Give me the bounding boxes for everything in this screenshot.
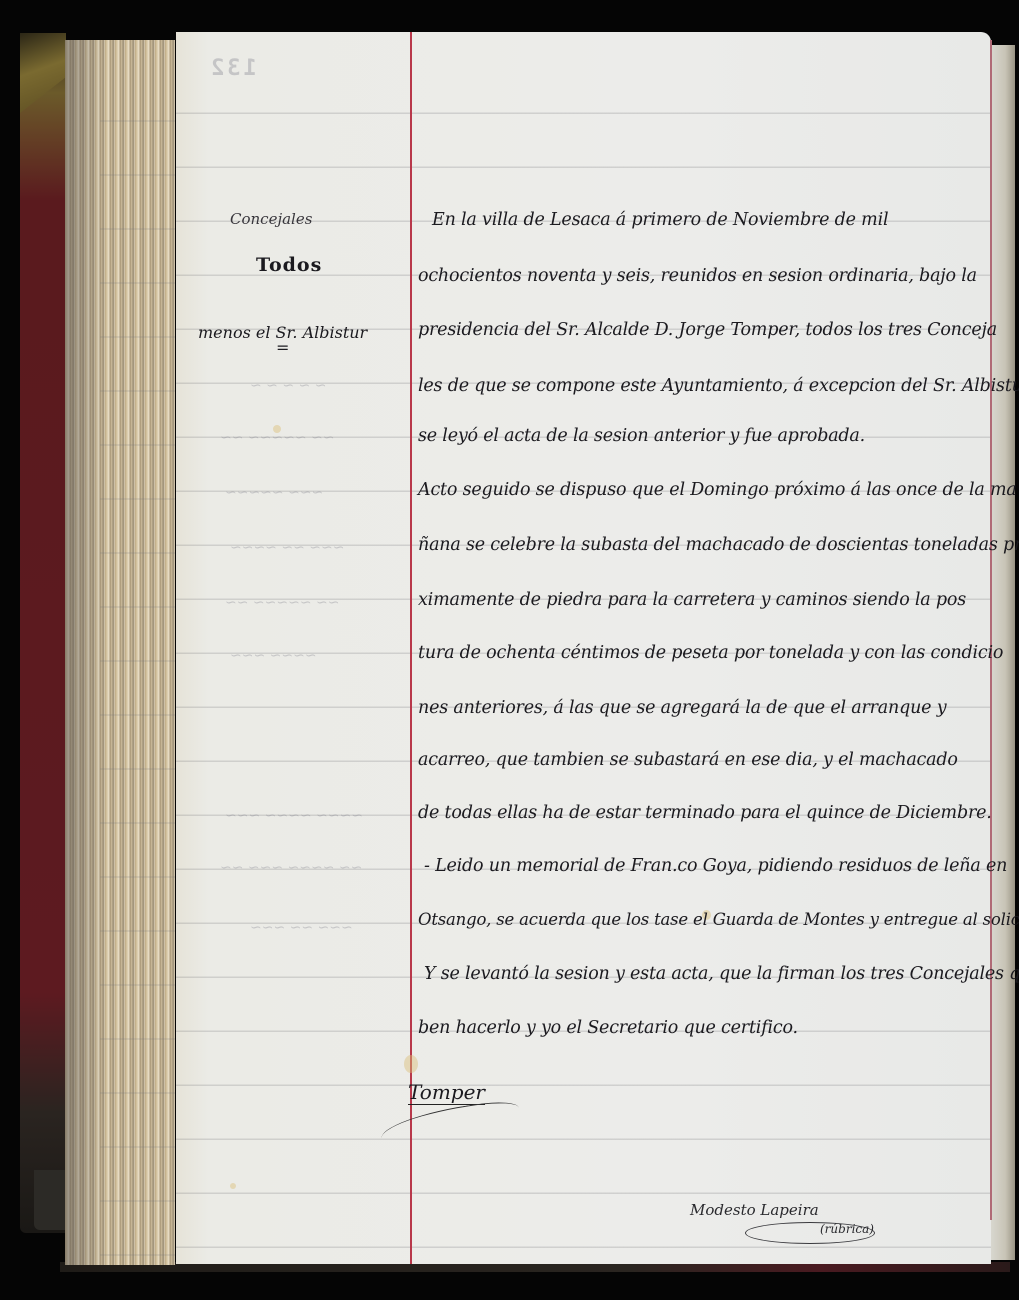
- body-line: ben hacerlo y yo el Secretario que certi…: [418, 1020, 798, 1038]
- paper-stain: [404, 1055, 418, 1073]
- bleed-through-text: ~~~ ~~ ~~~: [250, 920, 353, 936]
- signature-rubric-mark: (rúbrica): [820, 1223, 874, 1235]
- bleed-through-text: ~~ ~~~~ ~~~ ~~: [220, 860, 362, 876]
- margin-double-rule: =: [276, 340, 289, 356]
- body-line: ximamente de piedra para la carretera y …: [418, 592, 966, 610]
- body-line: - Leido un memorial de Fran.co Goya, pid…: [424, 858, 1007, 876]
- bleed-through-text: ~~~~ ~~~~ ~~~: [225, 808, 363, 824]
- body-line: de todas ellas ha de estar terminado par…: [418, 805, 992, 823]
- book-cover-spine: [20, 33, 65, 1233]
- book-scan: 132 ~ ~ ~ ~ ~ ~~ ~~~~~ ~~ ~~~ ~~~~~ ~~~ …: [0, 0, 1019, 1300]
- body-line: ochocientos noventa y seis, reunidos en …: [418, 268, 977, 286]
- signature-secretary: Modesto Lapeira: [690, 1203, 819, 1218]
- signature-mayor: Tomper: [408, 1082, 485, 1105]
- bleed-through-text: ~~ ~~~~~ ~~: [225, 595, 339, 611]
- margin-heading-concejales: Concejales: [230, 212, 312, 227]
- body-line: Otsango, se acuerda que los tase el Guar…: [418, 912, 1019, 929]
- body-line: En la villa de Lesaca á primero de Novie…: [432, 212, 888, 230]
- body-line: les de que se compone este Ayuntamiento,…: [418, 378, 1019, 396]
- bleed-through-text: ~~~ ~~~~~: [225, 485, 323, 501]
- bleed-through-text: ~~ ~~~~~ ~~: [220, 430, 334, 446]
- body-line: ñana se celebre la subasta del machacado…: [418, 537, 1019, 555]
- body-line: presidencia del Sr. Alcalde D. Jorge Tom…: [418, 322, 997, 340]
- body-line: Acto seguido se dispuso que el Domingo p…: [418, 482, 1017, 500]
- page-edges-shadow: [65, 40, 105, 1265]
- bleed-through-page-number: 132: [208, 56, 257, 81]
- bleed-through-text: ~ ~ ~ ~ ~: [250, 378, 326, 394]
- page-edges-ruling: [100, 40, 175, 1265]
- bleed-through-text: ~~~ ~~ ~~~~: [230, 540, 344, 556]
- paper-stain: [230, 1183, 236, 1189]
- body-line: acarreo, que tambien se subastará en ese…: [418, 752, 958, 770]
- right-margin-rule: [990, 40, 992, 1220]
- margin-attendance: Todos: [256, 256, 322, 275]
- body-line: nes anteriores, á las que se agregará la…: [418, 700, 946, 718]
- bleed-through-text: ~~~~ ~~~: [230, 648, 317, 664]
- body-line: Y se levantó la sesion y esta acta, que …: [424, 966, 1019, 984]
- body-line: se leyó el acta de la sesion anterior y …: [418, 428, 865, 446]
- body-line: tura de ochenta céntimos de peseta por t…: [418, 645, 1003, 663]
